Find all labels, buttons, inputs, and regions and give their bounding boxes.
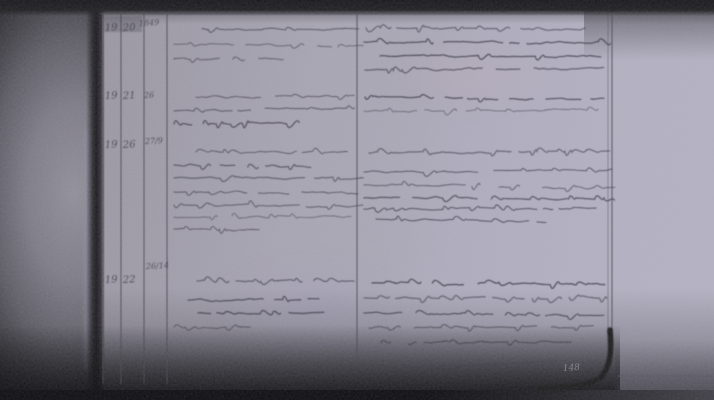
photo-grain [0, 0, 714, 400]
document-photo: 19201849192126192627/9192226/14 148 [0, 0, 714, 400]
page-overlay: 19201849192126192627/9192226/14 148 [0, 0, 714, 400]
